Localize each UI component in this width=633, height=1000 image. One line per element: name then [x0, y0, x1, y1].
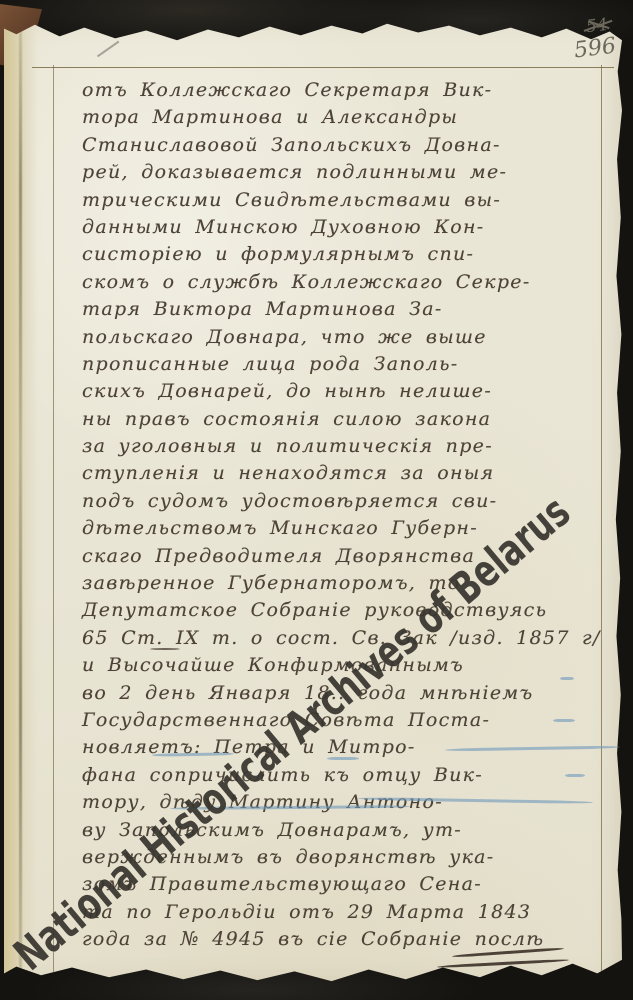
- manuscript-line: трическими Свидѣтельствами вы-: [82, 187, 596, 214]
- manuscript-line: ступленія и ненаходятся за оныя: [82, 460, 596, 487]
- margin-rule-left: [53, 65, 54, 972]
- document-page: отъ Коллежскаго Секретаря Вик-тора Марти…: [4, 13, 622, 987]
- manuscript-line: скаго Предводителя Дворянства: [82, 543, 596, 570]
- manuscript-line: подъ судомъ удостовѣряется сви-: [82, 488, 596, 515]
- ink-underline-ix: [150, 648, 180, 650]
- manuscript-line: ны правъ состоянія силою закона: [82, 406, 596, 433]
- manuscript-line: таря Виктора Мартинова За-: [82, 296, 596, 323]
- manuscript-line: тору, дѣду Мартину Антоно-: [82, 789, 596, 816]
- manuscript-line: тора Мартинова и Александры: [82, 104, 596, 131]
- manuscript-line: систоріею и формулярнымъ спи-: [82, 241, 596, 268]
- manuscript-line: зомъ Правительствующаго Сена-: [82, 871, 596, 898]
- manuscript-line: завѣренное Губернаторомъ, то: [82, 570, 596, 597]
- manuscript-line: данными Минскою Духовною Кон-: [82, 214, 596, 241]
- blue-pencil-mark: [565, 774, 585, 777]
- manuscript-line: прописанные лица рода Заполь-: [82, 351, 596, 378]
- blue-pencil-mark: [560, 677, 574, 680]
- manuscript-line: Станиславовой Запольскихъ Довна-: [82, 132, 596, 159]
- manuscript-line: польскаго Довнара, что же выше: [82, 324, 596, 351]
- blue-pencil-mark: [553, 719, 575, 722]
- manuscript-lines: отъ Коллежскаго Секретаря Вик-тора Марти…: [82, 77, 596, 954]
- page-numbers: 54 596: [568, 16, 616, 61]
- blue-pencil-mark: [327, 757, 359, 760]
- manuscript-line: вержденнымъ въ дворянствѣ ука-: [82, 844, 596, 871]
- scanned-document-photo: отъ Коллежскаго Секретаря Вик-тора Марти…: [0, 0, 633, 1000]
- manuscript-line: во 2 день Января 18.. года мнѣніемъ: [82, 680, 596, 707]
- manuscript-line: Депутатское Собраніе руководствуясь: [82, 597, 596, 624]
- manuscript-line: отъ Коллежскаго Секретаря Вик-: [82, 77, 596, 104]
- page-fold-crease: [19, 13, 22, 987]
- manuscript-line: рей, доказывается подлинными ме-: [82, 159, 596, 186]
- manuscript-line: скомъ о службѣ Коллежскаго Секре-: [82, 269, 596, 296]
- manuscript-line: Государственнаго Совѣта Поста-: [82, 707, 596, 734]
- margin-rule-top: [32, 67, 614, 68]
- manuscript-line: ву Запольскимъ Довнарамъ, ут-: [82, 817, 596, 844]
- manuscript-line: скихъ Довнарей, до нынѣ нелише-: [82, 378, 596, 405]
- page-number-current: 596: [573, 34, 618, 64]
- margin-rule-right: [601, 65, 602, 974]
- manuscript-line: та по Герольдіи отъ 29 Марта 1843: [82, 899, 596, 926]
- manuscript-line: и Высочайше Конфирмованнымъ: [82, 652, 596, 679]
- manuscript-line: за уголовныя и политическія пре-: [82, 433, 596, 460]
- manuscript-line: дѣтельствомъ Минскаго Губерн-: [82, 515, 596, 542]
- manuscript-line: фана сопричислить къ отцу Вик-: [82, 762, 596, 789]
